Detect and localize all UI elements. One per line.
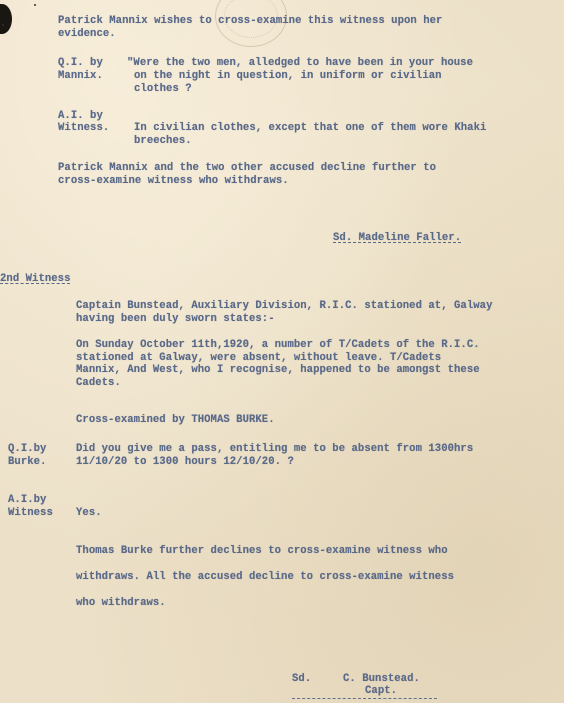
answer-text: Yes. xyxy=(76,507,102,519)
statement-line: On Sunday October 11th,1920, a number of… xyxy=(76,339,480,351)
question-text: Did you give me a pass, entitling me to … xyxy=(76,443,473,455)
answer-text: breeches. xyxy=(134,135,192,147)
closing-line: Thomas Burke further declines to cross-e… xyxy=(76,545,448,557)
statement-line: stationed at Galway, were absent, withou… xyxy=(76,352,441,364)
question-text: 11/10/20 to 1300 hours 12/10/20. ? xyxy=(76,456,294,468)
witness-intro-line: Captain Bunstead, Auxiliary Division, R.… xyxy=(76,300,492,312)
signature-madeline-faller: Sd. Madeline Faller. xyxy=(333,232,461,244)
statement-line: Cadets. xyxy=(76,377,121,389)
ink-speck xyxy=(34,4,36,6)
closing-line: withdraws. All the accused decline to cr… xyxy=(76,571,454,583)
answer-text: In civilian clothes, except that one of … xyxy=(134,122,486,134)
question-label: Burke. xyxy=(8,456,46,468)
question-text: clothes ? xyxy=(134,83,192,95)
paragraph-line: Patrick Mannix wishes to cross-examine t… xyxy=(58,15,442,27)
signature-name: C. Bunstead. xyxy=(343,673,420,685)
answer-label: Witness. xyxy=(58,122,109,134)
ink-speck xyxy=(2,24,4,26)
answer-label: A.I. by xyxy=(58,110,103,122)
cross-examined-line: Cross-examined by THOMAS BURKE. xyxy=(76,414,275,426)
closing-line: who withdraws. xyxy=(76,597,166,609)
question-text: "Were the two men, alledged to have been… xyxy=(127,57,473,69)
paragraph-line: evidence. xyxy=(58,28,116,40)
question-label: Mannix. xyxy=(58,70,103,82)
answer-label: A.I.by xyxy=(8,494,46,506)
punch-hole xyxy=(0,4,12,34)
signature-rank: Capt. xyxy=(365,685,397,697)
paragraph-line: cross-examine witness who withdraws. xyxy=(58,175,289,187)
signature-prefix: Sd. xyxy=(292,673,311,685)
answer-label: Witness xyxy=(8,507,53,519)
section-heading: 2nd Witness xyxy=(0,273,70,285)
signature-underline xyxy=(292,698,437,699)
paragraph-line: Patrick Mannix and the two other accused… xyxy=(58,162,436,174)
question-label: Q.I. by xyxy=(58,57,103,69)
question-text: on the night in question, in uniform or … xyxy=(134,70,442,82)
witness-intro-line: having been duly sworn states:- xyxy=(76,313,275,325)
statement-line: Mannix, And West, who I recognise, happe… xyxy=(76,364,480,376)
question-label: Q.I.by xyxy=(8,443,46,455)
